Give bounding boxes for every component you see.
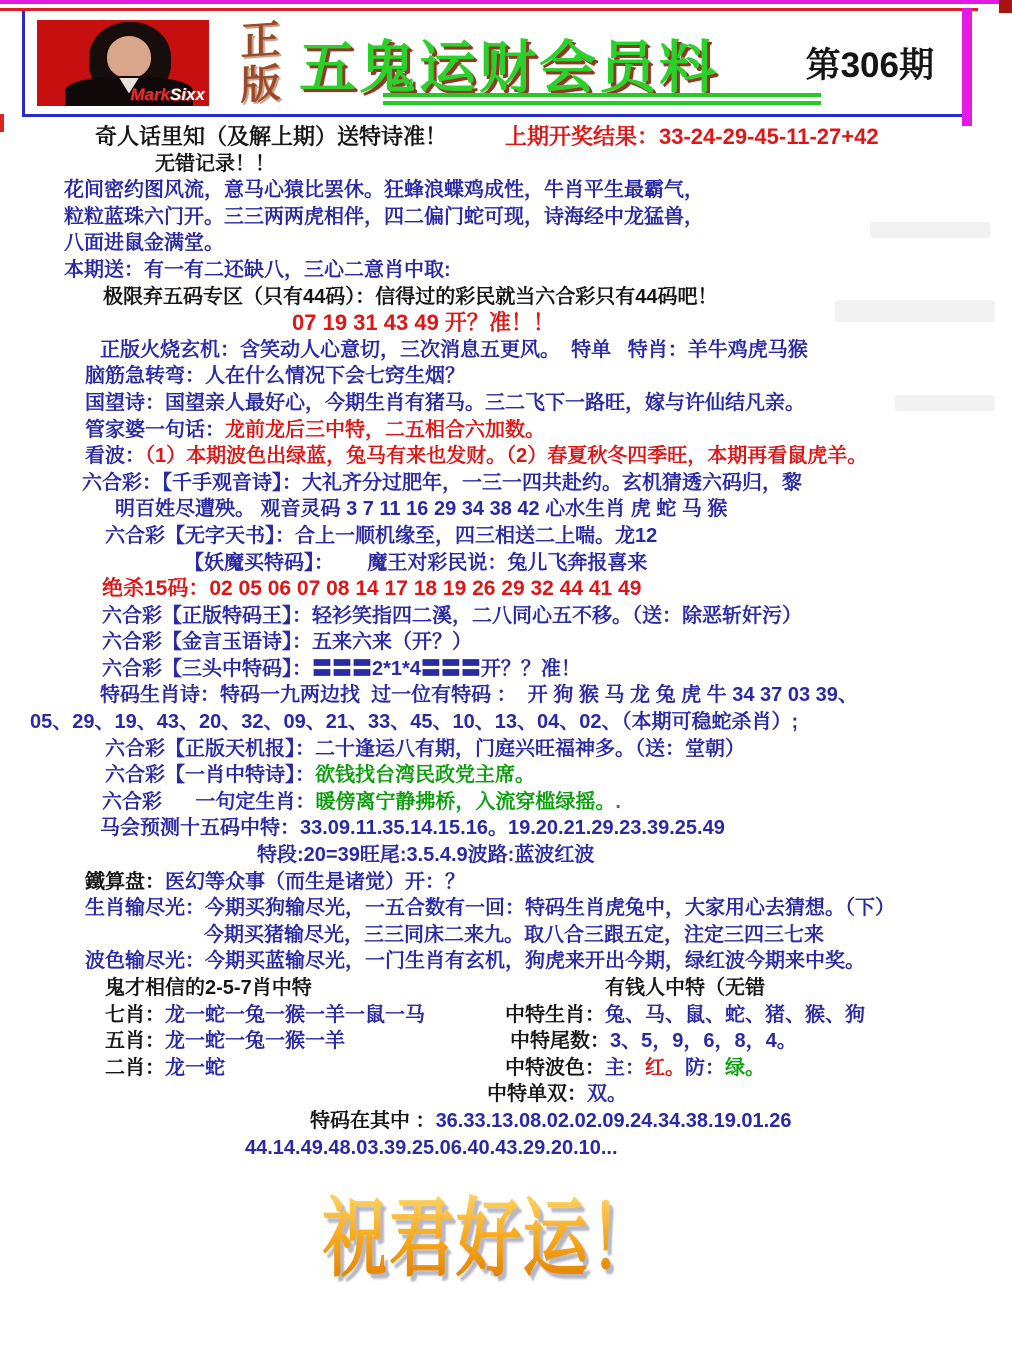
text-line: 特码在其中 ：36.33.13.08.02.02.09.24.34.38.19.…	[0, 1108, 1012, 1135]
text-line: 【妖魔买特码】： 魔王对彩民说：兔儿飞奔报喜来	[0, 550, 1012, 577]
text-segment: 花间密约图风流，意马心猿比罢休。狂蜂浪蝶鸡成性，牛肖平生最霸气，	[64, 179, 704, 201]
text-line: 看波：（1）本期波色出绿蓝，兔马有来也发财。（2）春夏秋冬四季旺，本期再看鼠虎羊…	[0, 443, 1012, 470]
text-segment: 中特单双：	[487, 1083, 587, 1105]
text-segment: 无错记录！！	[155, 153, 275, 175]
text-segment: 红。	[645, 1057, 685, 1079]
text-segment: 兔、马、鼠、蛇、猪、猴、狗	[605, 1004, 865, 1026]
text-line: 六合彩【正版特码王】：轻衫笑指四二溪，二八同心五不移。（送：除恶斩奸污）	[0, 603, 1012, 630]
text-line: 特段:20=39旺尾:3.5.4.9波路:蓝波红波	[0, 842, 1012, 869]
text-line: 六合彩【一肖中特诗】：欲钱找台湾民政党主席。	[0, 762, 1012, 789]
text-line: 中特单双：双。	[0, 1081, 1012, 1108]
text-segment: 奇人话里知（及解上期）送特诗准！	[95, 124, 447, 149]
text-segment: 波色输尽光：今期买蓝输尽光，一门生肖有玄机，狗虎来开出今期，绿红波今期来中奖。	[85, 950, 865, 972]
text-line: 奇人话里知（及解上期）送特诗准！上期开奖结果：33-24-29-45-11-27…	[0, 124, 1012, 151]
text-line: 波色输尽光：今期买蓝输尽光，一门生肖有玄机，狗虎来开出今期，绿红波今期来中奖。	[0, 948, 1012, 975]
text-segment: 六合彩【三头中特码】：〓〓〓2*1*4〓〓〓开？？准！	[102, 658, 581, 680]
text-line: 六合彩：【千手观音诗】：大礼齐分过肥年，一三一四共赴约。玄机猜透六码归，黎	[0, 470, 1012, 497]
text-line: 六合彩【金言玉语诗】：五来六来（开？）	[0, 629, 1012, 656]
text-line: 脑筋急转弯：人在什么情况下会七窍生烟？	[0, 363, 1012, 390]
text-segment: 六合彩【一肖中特诗】：	[105, 764, 315, 786]
text-segment: 龙一蛇一兔一猴一羊	[165, 1030, 345, 1052]
text-segment: 六合彩【正版天机报】：二十逢运八有期，门庭兴旺福神多。（送：堂朝）	[105, 738, 745, 760]
text-segment: 鐵算盘：	[85, 871, 165, 893]
portrait-face	[107, 36, 151, 78]
text-segment: 36.33.13.08.02.02.09.24.34.38.19.01.26	[436, 1110, 792, 1132]
text-segment: 05、29、19、43、20、32、09、21、33、45、10、13、04、0…	[30, 711, 798, 733]
title-underline	[383, 93, 821, 109]
text-line: 五肖：龙一蛇一兔一猴一羊中特尾数：3、5，9，6，8，4。	[0, 1028, 1012, 1055]
scan-smudge	[895, 395, 995, 411]
text-segment: 绝杀15码：02 05 06 07 08 14 17 18 19 26 29 3…	[102, 577, 641, 600]
title-underline-bar	[383, 93, 821, 97]
text-segment: 粒粒蓝珠六门开。三三两两虎相伴，四二偏门蛇可现，诗海经中龙猛兽，	[64, 206, 704, 228]
text-segment: 六合彩 一句定生肖：	[102, 791, 315, 813]
line-right-column: 有钱人中特（无错	[605, 975, 765, 1002]
text-segment: 有钱人中特（无错	[605, 977, 765, 999]
photo-watermark: MarkSixx	[130, 85, 205, 105]
line-right-column: 中特生肖：兔、马、鼠、蛇、猪、猴、狗	[505, 1002, 865, 1029]
header-right-magenta-bar	[962, 8, 972, 126]
text-line: 国望诗：国望亲人最好心，今期生肖有猪马。三二飞下一路旺，嫁与许仙结凡亲。	[0, 390, 1012, 417]
text-segment: 本期送：有一有二还缺八，三心二意肖中取:	[64, 259, 451, 281]
scan-smudge	[835, 300, 995, 322]
text-segment: 正版火烧玄机：含笑动人心意切，三次消息五更风。 特单 特肖：羊牛鸡虎马猴	[100, 339, 808, 361]
text-segment: 五肖：	[105, 1030, 165, 1052]
text-line: 六合彩 一句定生肖：暖傍离宁静拂桥，入流穿槛绿摇。.	[0, 789, 1012, 816]
page-title: 五鬼运财会员料	[299, 22, 719, 104]
portrait-photo: MarkSixx	[37, 20, 209, 106]
issue-number: 第306期	[806, 38, 934, 88]
text-line: 二肖：龙一蛇中特波色：主：红。防：绿。	[0, 1055, 1012, 1082]
text-segment: 鬼才相信的2-5-7肖中特	[105, 977, 312, 999]
text-line: 44.14.49.48.03.39.25.06.40.43.29.20.10..…	[0, 1135, 1012, 1162]
text-segment: 双。	[587, 1083, 627, 1105]
text-segment: 六合彩【正版特码王】：轻衫笑指四二溪，二八同心五不移。（送：除恶斩奸污）	[102, 605, 802, 627]
text-line: 粒粒蓝珠六门开。三三两两虎相伴，四二偏门蛇可现，诗海经中龙猛兽，	[0, 204, 1012, 231]
edition-label: 正版	[235, 17, 279, 108]
text-line: 鐵算盘：医幻等众事（而生是诸觉）开：？	[0, 869, 1012, 896]
text-segment: 07 19 31 43 49 开？准！！	[292, 310, 555, 335]
text-segment: （1）本期波色出绿蓝，兔马有来也发财。（2）春夏秋冬四季旺，本期再看鼠虎羊。	[145, 445, 867, 467]
text-segment: 暖傍离宁静拂桥，入流穿槛绿摇。.	[315, 791, 621, 813]
text-segment: 看波：	[85, 445, 145, 467]
line-right-column: 中特波色：主：红。防：绿。	[505, 1055, 765, 1082]
text-segment: 明百姓尽遭殃。 观音灵码 3 7 11 16 29 34 38 42 心水生肖 …	[115, 498, 727, 520]
text-segment: 极限弃五码专区（只有44码）：信得过的彩民就当六合彩只有44码吧！	[103, 286, 718, 308]
text-segment: 今期买猪输尽光，三三同床二来九。取八合三跟五定，注定三四三七来	[204, 924, 824, 946]
text-line: 管家婆一句话：龙前龙后三中特，二五相合六加数。	[0, 417, 1012, 444]
text-line: 今期买猪输尽光，三三同床二来九。取八合三跟五定，注定三四三七来	[0, 922, 1012, 949]
text-segment: 中特尾数：	[510, 1030, 610, 1052]
text-segment: 生肖输尽光：今期买狗输尽光，一五合数有一回：特码生肖虎兔中，大家用心去猜想。（下…	[85, 897, 895, 919]
text-segment: 六合彩【金言玉语诗】：五来六来（开？）	[102, 631, 472, 653]
text-line: 绝杀15码：02 05 06 07 08 14 17 18 19 26 29 3…	[0, 576, 1012, 603]
page: { "header": { "edition": "正版", "title": …	[0, 0, 1012, 1347]
text-segment: 44.14.49.48.03.39.25.06.40.43.29.20.10..…	[245, 1137, 618, 1159]
text-segment: 龙一蛇	[165, 1057, 225, 1079]
text-line: 鬼才相信的2-5-7肖中特有钱人中特（无错	[0, 975, 1012, 1002]
text-line: 马会预测十五码中特：33.09.11.35.14.15.16。19.20.21.…	[0, 815, 1012, 842]
text-segment: 脑筋急转弯：人在什么情况下会七窍生烟？	[85, 365, 465, 387]
text-line: 无错记录！！	[0, 151, 1012, 178]
text-line: 05、29、19、43、20、32、09、21、33、45、10、13、04、0…	[0, 709, 1012, 736]
text-segment: 中特波色：	[505, 1057, 605, 1079]
text-segment: 特码在其中 ：	[310, 1110, 436, 1132]
text-line: 生肖输尽光：今期买狗输尽光，一五合数有一回：特码生肖虎兔中，大家用心去猜想。（下…	[0, 895, 1012, 922]
text-line: 八面进鼠金满堂。	[0, 230, 1012, 257]
text-line: 正版火烧玄机：含笑动人心意切，三次消息五更风。 特单 特肖：羊牛鸡虎马猴	[0, 337, 1012, 364]
text-segment: 欲钱找台湾民政党主席。	[315, 764, 535, 786]
text-segment: 七肖：	[105, 1004, 165, 1026]
text-segment: 3、5，9，6，8，4。	[610, 1030, 797, 1052]
line-right-column: 中特尾数：3、5，9，6，8，4。	[510, 1028, 797, 1055]
text-line: 六合彩【三头中特码】：〓〓〓2*1*4〓〓〓开？？准！	[0, 656, 1012, 683]
blessing-line: 祝君好运！	[0, 1161, 1012, 1293]
text-line: 明百姓尽遭殃。 观音灵码 3 7 11 16 29 34 38 42 心水生肖 …	[0, 496, 1012, 523]
blessing-text: 祝君好运！	[322, 1169, 656, 1293]
text-segment: 二肖：	[105, 1057, 165, 1079]
text-segment: 绿。	[725, 1057, 765, 1079]
text-segment: 【妖魔买特码】： 魔王对彩民说：兔儿飞奔报喜来	[184, 552, 647, 574]
text-segment: 龙前龙后三中特，二五相合六加数。	[225, 419, 545, 441]
photo-watermark-left: Mark	[130, 85, 170, 104]
text-segment: 中特生肖：	[505, 1004, 605, 1026]
photo-watermark-right: Sixx	[170, 85, 205, 104]
text-line: 特码生肖诗：特码一九两边找 过一位有特码 ： 开 狗 猴 马 龙 兔 虎 牛 3…	[0, 682, 1012, 709]
text-segment: 防：	[685, 1057, 725, 1079]
text-line: 六合彩【无字天书】：合上一顺机缘至，四三相送二上喘。龙12	[0, 523, 1012, 550]
line-right-column: 上期开奖结果：33-24-29-45-11-27+42	[505, 124, 879, 151]
text-line: 本期送：有一有二还缺八，三心二意肖中取:	[0, 257, 1012, 284]
text-segment: 六合彩：【千手观音诗】：大礼齐分过肥年，一三一四共赴约。玄机猜透六码归，黎	[82, 472, 802, 494]
text-segment: 特码生肖诗：特码一九两边找 过一位有特码 ： 开 狗 猴 马 龙 兔 虎 牛 3…	[100, 684, 858, 706]
text-segment: 六合彩【无字天书】：合上一顺机缘至，四三相送二上喘。龙12	[105, 525, 657, 547]
text-line: 花间密约图风流，意马心猿比罢休。狂蜂浪蝶鸡成性，牛肖平生最霸气，	[0, 177, 1012, 204]
text-segment: 特段:20=39旺尾:3.5.4.9波路:蓝波红波	[257, 844, 594, 866]
title-underline-bar	[383, 101, 821, 105]
top-right-corner-mark	[999, 0, 1012, 13]
text-segment: 管家婆一句话：	[85, 419, 225, 441]
text-segment: 马会预测十五码中特：33.09.11.35.14.15.16。19.20.21.…	[100, 817, 725, 839]
text-line: 六合彩【正版天机报】：二十逢运八有期，门庭兴旺福神多。（送：堂朝）	[0, 736, 1012, 763]
text-segment: 上期开奖结果：33-24-29-45-11-27+42	[505, 124, 879, 149]
text-line: 七肖：龙一蛇一兔一猴一羊一鼠一马中特生肖：兔、马、鼠、蛇、猪、猴、狗	[0, 1002, 1012, 1029]
text-segment: 龙一蛇一兔一猴一羊一鼠一马	[165, 1004, 425, 1026]
text-segment: 国望诗：国望亲人最好心，今期生肖有猪马。三二飞下一路旺，嫁与许仙结凡亲。	[85, 392, 805, 414]
text-segment: 八面进鼠金满堂。	[64, 232, 224, 254]
scan-smudge	[870, 222, 990, 238]
header: MarkSixx 正版 五鬼运财会员料 第306期	[22, 11, 962, 117]
top-magenta-line	[0, 0, 1000, 4]
text-segment: 医幻等众事（而生是诸觉）开：？	[165, 871, 465, 893]
text-segment: 主：	[605, 1057, 645, 1079]
